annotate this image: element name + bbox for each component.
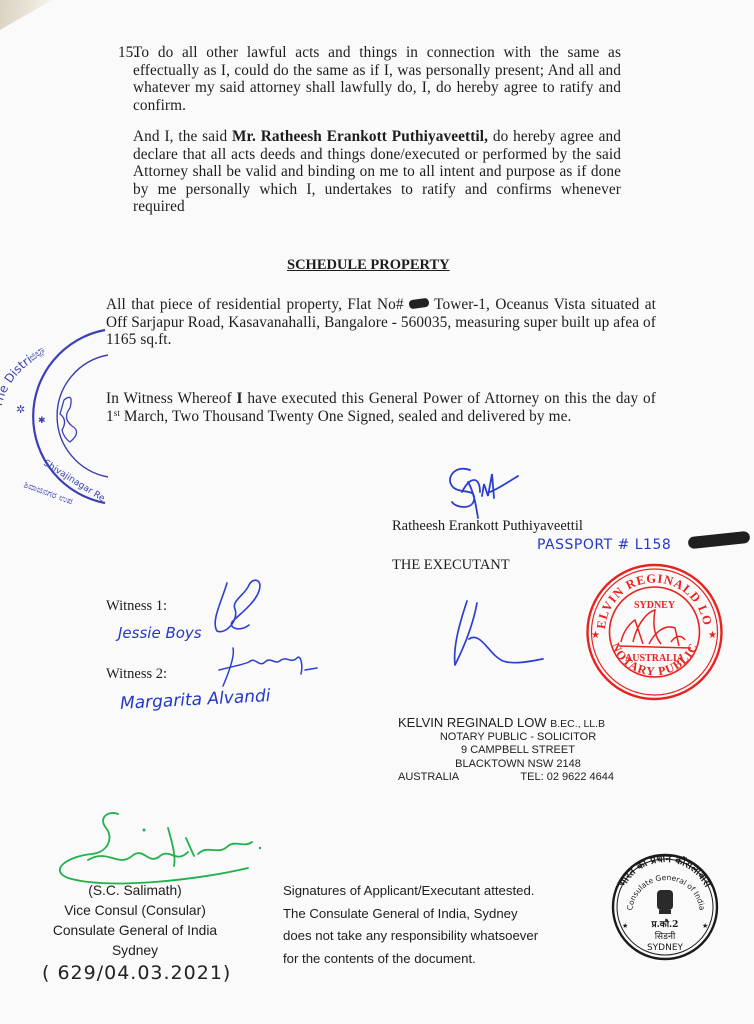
page-fold-edge [0, 0, 52, 30]
witness-clause-part3: March, Two Thousand Twenty One Signed, s… [120, 408, 571, 425]
principal-name: Mr. Ratheesh Erankott Puthiyaveettil, [232, 128, 488, 145]
passport-redaction-mark [688, 531, 751, 549]
schedule-text-start: All that piece of residential property, … [106, 296, 409, 313]
schedule-paragraph: All that piece of residential property, … [106, 296, 656, 349]
svg-text:★: ★ [622, 922, 628, 930]
redaction-mark [408, 298, 429, 310]
executant-role: THE EXECUTANT [392, 557, 510, 574]
clause-15-text: To do all other lawful acts and things i… [133, 44, 621, 114]
notary-telephone: TEL: 02 9622 4644 [520, 771, 614, 784]
attestation-line-3: does not take any responsibility whatsoe… [283, 925, 583, 948]
notary-title: NOTARY PUBLIC - SOLICITOR [398, 731, 638, 744]
attestation-line-2: The Consulate General of India, Sydney [283, 903, 583, 926]
notary-country: AUSTRALIA [398, 771, 459, 784]
svg-text:★: ★ [591, 630, 600, 641]
svg-text:AUSTRALIA: AUSTRALIA [625, 653, 685, 664]
executant-name: Ratheesh Erankott Puthiyaveettil [392, 518, 583, 535]
handwritten-passport-number: PASSPORT # L158 [537, 537, 671, 553]
witness-2-label: Witness 2: [106, 666, 167, 683]
svg-text:★: ★ [708, 630, 717, 641]
notary-address-block: KELVIN REGINALD LOW B.EC., LL.B NOTARY P… [398, 716, 638, 784]
witness-clause: In Witness Whereof I have executed this … [106, 390, 656, 425]
consul-signature-block: (S.C. Salimath) Vice Consul (Consular) C… [30, 881, 240, 961]
notary-signature [445, 595, 545, 670]
svg-text:KELVIN REGINALD LOW: KELVIN REGINALD LOW [576, 551, 714, 630]
notary-name: KELVIN REGINALD LOW [398, 715, 547, 730]
attestation-note: Signatures of Applicant/Executant attest… [283, 880, 583, 971]
consul-signature [48, 808, 268, 888]
witness-1-signature [205, 573, 267, 638]
declaration-paragraph: And I, the said Mr. Ratheesh Erankott Pu… [133, 128, 621, 216]
svg-text:सिडनी: सिडनी [655, 930, 676, 942]
consul-name: (S.C. Salimath) [30, 881, 240, 901]
witness-clause-part1: In Witness Whereof [106, 390, 237, 407]
document-page: 15. To do all other lawful acts and thin… [0, 0, 754, 1024]
notary-city: BLACKTOWN NSW 2148 [398, 758, 638, 771]
notary-street: 9 CAMPBELL STREET [398, 744, 638, 757]
witness-2-handwritten-name: Margarita Alvandi [120, 686, 271, 714]
witness-1-label: Witness 1: [106, 598, 167, 615]
consul-title: Vice Consul (Consular) [30, 901, 240, 921]
district-registrar-stamp: The Distri Shivajinagar Re ✲ ✱ ಶಿವಾಜಿನಗರ… [0, 325, 115, 510]
consul-office: Consulate General of India [30, 921, 240, 941]
handwritten-reference-number: ( 629/04.03.2021) [42, 962, 231, 984]
svg-text:★: ★ [702, 922, 708, 930]
attestation-line-4: for the contents of the document. [283, 948, 583, 971]
executant-signature [440, 462, 520, 524]
declaration-prefix: And I, the said [133, 128, 232, 145]
notary-public-seal: KELVIN REGINALD LOW NOTARY PUBLIC SYDNEY… [583, 562, 726, 702]
svg-text:SYDNEY: SYDNEY [647, 943, 684, 953]
witness-1-handwritten-name: Jessie Boys [118, 624, 202, 642]
svg-text:The Distri: The Distri [0, 352, 34, 410]
notary-qualifications: B.EC., LL.B [550, 718, 605, 730]
svg-text:✲: ✲ [16, 403, 25, 416]
consulate-general-seal: भारत का प्रधान कोंसलावास Consulate Gener… [610, 852, 720, 962]
svg-text:प्र.कौ.2: प्र.कौ.2 [651, 918, 679, 930]
schedule-heading: SCHEDULE PROPERTY [287, 257, 450, 274]
svg-text:✱: ✱ [38, 416, 46, 426]
consul-city: Sydney [30, 941, 240, 961]
attestation-line-1: Signatures of Applicant/Executant attest… [283, 880, 583, 903]
witness-2-signature [205, 642, 320, 692]
